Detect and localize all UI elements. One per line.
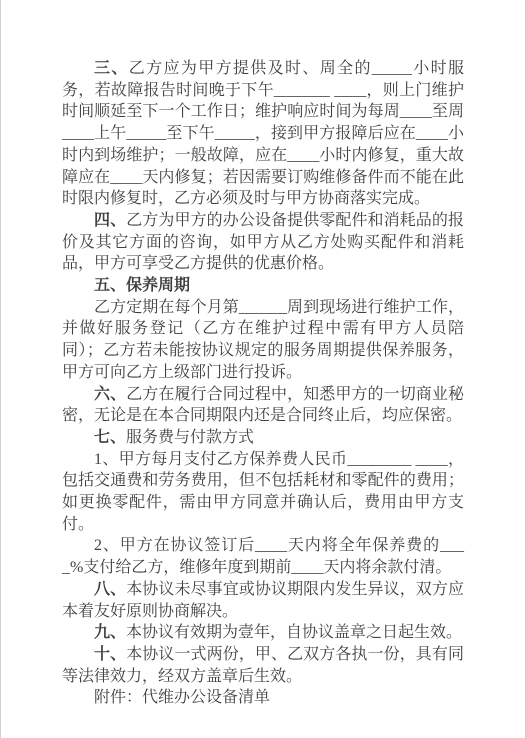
attachment-text: 附件：代维办公设备清单 bbox=[94, 689, 270, 706]
attachment-line: 附件：代维办公设备清单 bbox=[62, 687, 464, 709]
heading-service-fee: 七、服务费与付款方式 bbox=[62, 427, 464, 449]
heading-maintenance-cycle: 五、保养周期 bbox=[62, 275, 464, 297]
fee-item-2-text: 2、甲方在协议签订后____天内将全年保养费的____%支付给乙方，维修年度到期… bbox=[62, 537, 464, 576]
clause-7-number: 七、 bbox=[94, 429, 126, 446]
clause-5-title: 保养周期 bbox=[126, 277, 190, 294]
clause-3-number: 三、 bbox=[94, 60, 129, 77]
clause-8-paragraph: 八、本协议未尽事宜或协议期限内发生异议，双方应本着友好原则协商解决。 bbox=[62, 579, 464, 622]
fee-item-1-text: 1、甲方每月支付乙方保养费人民币________ ____，包括交通费和劳务费用… bbox=[62, 451, 464, 533]
clause-6-paragraph: 六、乙方在履行合同过程中，知悉甲方的一切商业秘密，无论是在本合同期限内还是合同终… bbox=[62, 384, 464, 427]
clause-9-text: 本协议有效期为壹年，自协议盖章之日起生效。 bbox=[126, 624, 462, 641]
clause-9-paragraph: 九、本协议有效期为壹年，自协议盖章之日起生效。 bbox=[62, 622, 464, 644]
fee-item-1-paragraph: 1、甲方每月支付乙方保养费人民币________ ____，包括交通费和劳务费用… bbox=[62, 449, 464, 536]
clause-6-number: 六、 bbox=[94, 386, 126, 403]
clause-10-paragraph: 十、本协议一式两份，甲、乙双方各执一份，具有同等法律效力，经双方盖章后生效。 bbox=[62, 644, 464, 687]
fee-item-2-paragraph: 2、甲方在协议签订后____天内将全年保养费的____%支付给乙方，维修年度到期… bbox=[62, 535, 464, 578]
clause-7-title: 服务费与付款方式 bbox=[126, 429, 254, 446]
clause-8-number: 八、 bbox=[94, 581, 126, 598]
clause-4-paragraph: 四、乙方为甲方的办公设备提供零配件和消耗品的报价及其它方面的咨询，如甲方从乙方处… bbox=[62, 210, 464, 275]
clause-5-number: 五、 bbox=[94, 277, 126, 294]
clause-4-number: 四、 bbox=[94, 212, 126, 229]
maintenance-cycle-text: 乙方定期在每个月第______周到现场进行维护工作，并做好服务登记（乙方在维护过… bbox=[62, 299, 464, 381]
clause-3-text: 乙方应为甲方提供及时、周全的_____小时服务，若故障报告时间晚于下午_____… bbox=[62, 60, 464, 207]
clause-9-number: 九、 bbox=[94, 624, 126, 641]
clause-3-paragraph: 三、乙方应为甲方提供及时、周全的_____小时服务，若故障报告时间晚于下午___… bbox=[62, 58, 464, 210]
document-content: 三、乙方应为甲方提供及时、周全的_____小时服务，若故障报告时间晚于下午___… bbox=[1, 0, 525, 709]
clause-10-number: 十、 bbox=[94, 646, 126, 663]
document-page: 三、乙方应为甲方提供及时、周全的_____小时服务，若故障报告时间晚于下午___… bbox=[0, 0, 526, 738]
maintenance-cycle-paragraph: 乙方定期在每个月第______周到现场进行维护工作，并做好服务登记（乙方在维护过… bbox=[62, 297, 464, 384]
